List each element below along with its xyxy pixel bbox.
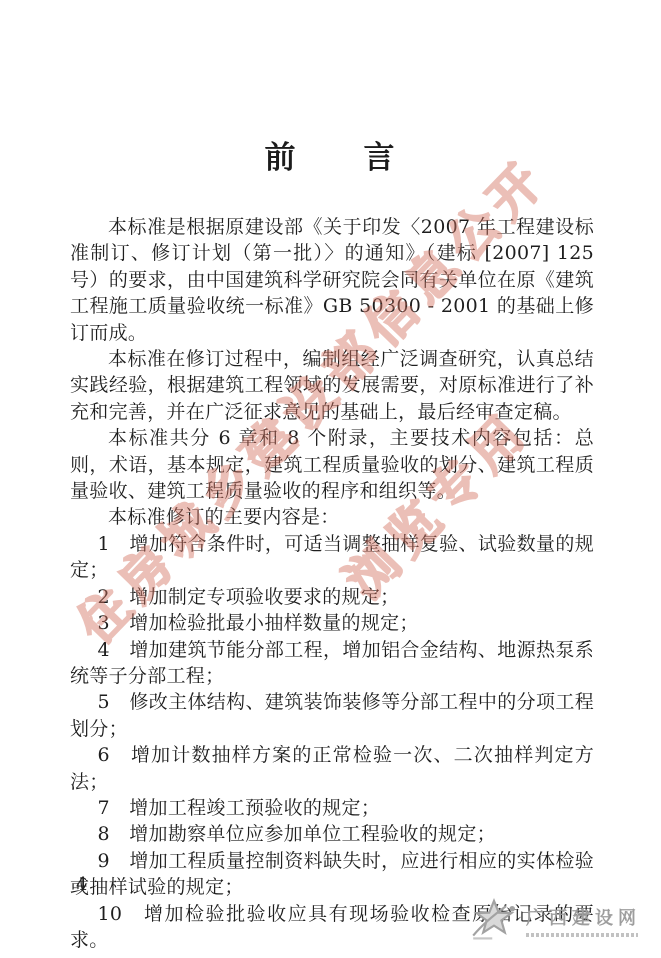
document-page: 住房城乡建设部信息公开 浏览专用 前 言 本标准是根据原建设部《关于印发〈200… <box>0 0 661 958</box>
paragraph: 8 增加勘察单位应参加单位工程验收的规定； <box>70 821 594 847</box>
paragraph: 3 增加检验批最小抽样数量的规定； <box>70 610 594 636</box>
paragraph: 本标准是根据原建设部《关于印发〈2007 年工程建设标准制订、修订计划（第一批）… <box>70 214 594 346</box>
logo-site-name: 广西建设网 <box>526 904 641 930</box>
paragraph: 1 增加符合条件时，可适当调整抽样复验、试验数量的规定； <box>70 531 594 584</box>
page-title: 前 言 <box>0 140 661 176</box>
logo-text: 广西建设网 <box>526 904 641 937</box>
paragraph: 5 修改主体结构、建筑装饰装修等分部工程中的分项工程划分； <box>70 689 594 742</box>
paragraph: 9 增加工程质量控制资料缺失时，应进行相应的实体检验或抽样试验的规定； <box>70 848 594 901</box>
paragraph: 本标准在修订过程中，编制组经广泛调查研究，认真总结实践经验，根据建筑工程领域的发… <box>70 346 594 425</box>
paragraph: 本标准修订的主要内容是： <box>70 504 594 530</box>
paragraph: 本标准共分 6 章和 8 个附录，主要技术内容包括：总则，术语，基本规定，建筑工… <box>70 425 594 504</box>
paragraph: 2 增加制定专项验收要求的规定； <box>70 584 594 610</box>
logo-subtext-line <box>526 933 638 937</box>
star-swoosh-icon <box>468 894 520 946</box>
paragraph: 4 增加建筑节能分部工程，增加铝合金结构、地源热泵系统等子分部工程； <box>70 637 594 690</box>
site-logo: 广西建设网 <box>468 894 641 946</box>
paragraph: 6 增加计数抽样方案的正常检验一次、二次抽样判定方法； <box>70 742 594 795</box>
page-number: 4 <box>76 874 87 895</box>
paragraph: 7 增加工程竣工预验收的规定； <box>70 795 594 821</box>
document-body: 本标准是根据原建设部《关于印发〈2007 年工程建设标准制订、修订计划（第一批）… <box>70 214 594 953</box>
